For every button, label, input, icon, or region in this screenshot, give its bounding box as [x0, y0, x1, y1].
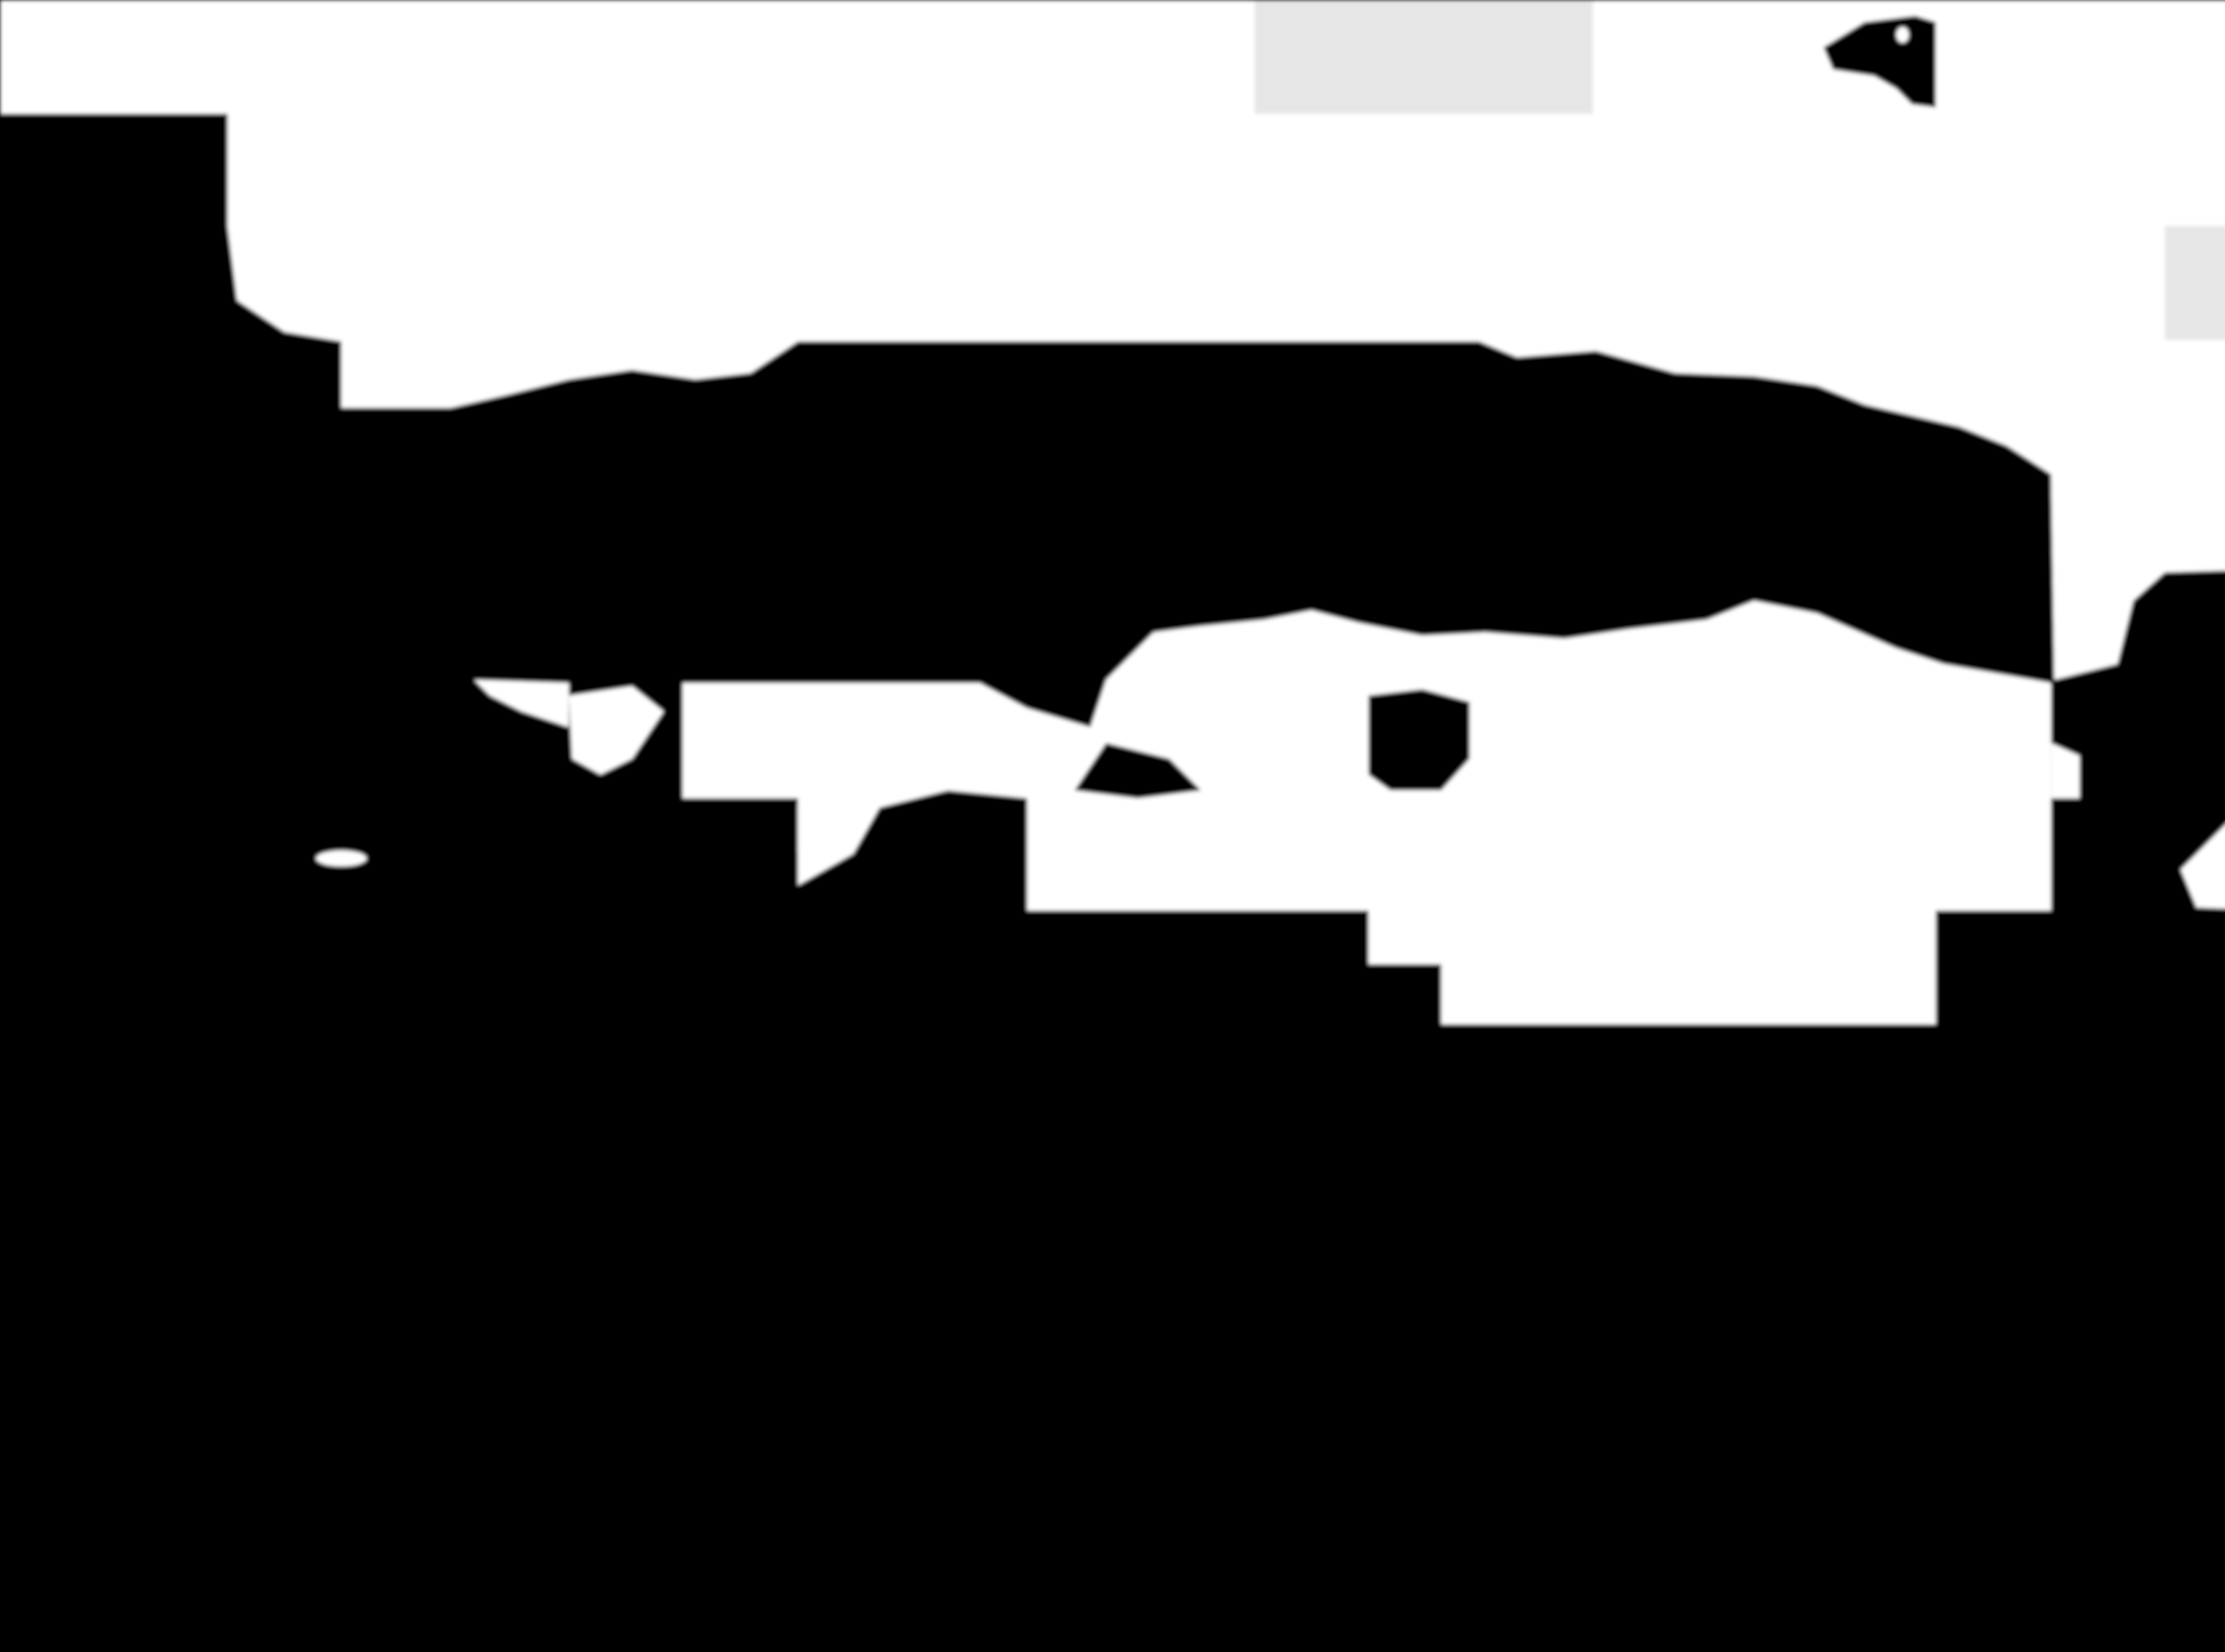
cloud-mask-mosaic	[0, 0, 2225, 1652]
